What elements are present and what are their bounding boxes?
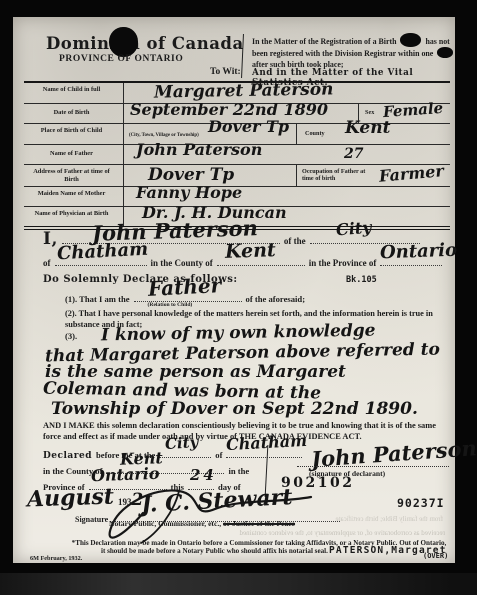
birth-fields-table: Name of Child in full Margaret Paterson … — [24, 81, 450, 230]
signature-label: Signature — [75, 515, 108, 524]
document-page: Dominion of Canada PROVINCE OF ONTARIO T… — [13, 17, 455, 563]
field-label: Name of Father — [24, 145, 124, 164]
province-subtitle: PROVINCE OF ONTARIO — [59, 54, 183, 64]
dominion-title: Dominion of Canada — [46, 34, 244, 53]
father-age-value: 27 — [344, 147, 363, 161]
county-handwriting: Kent — [224, 241, 275, 262]
county-box: County Kent — [296, 124, 450, 144]
item1-post: of the aforesaid; — [246, 294, 306, 304]
place-type-handwriting: City — [335, 219, 372, 238]
statement-handwriting-line-5: Township of Dover on Sept 22nd 1890. — [51, 401, 418, 418]
ink-blot-over-canada — [109, 27, 138, 57]
ink-blot-over-word-2 — [437, 47, 453, 58]
book-number: Bk.105 — [346, 275, 377, 285]
relation-note: (Relation to Child) — [148, 302, 193, 308]
relation-handwriting: Father — [147, 275, 221, 299]
field-value-mother-name: Fanny Hope — [136, 185, 242, 201]
county-line: Kent — [217, 254, 305, 266]
occupation-label: Occupation of Father at time of birth — [302, 168, 374, 183]
file-number: 90237I — [397, 496, 445, 510]
matter-paragraph: In the Matter of the Registration of a B… — [252, 33, 466, 70]
footnote-line-2: it should be made before a Notary Public… — [101, 547, 328, 555]
print-code: 6M February, 1932. — [30, 555, 82, 562]
index-over-note: (OVER) — [423, 552, 448, 560]
field-label: Date of Birth — [24, 104, 124, 123]
province-handwriting: Ontario — [380, 242, 458, 263]
field-value-child-name: Margaret Paterson — [154, 81, 334, 101]
bleed-through-text-1: from the family Bible; birth certificate — [253, 515, 443, 523]
field-label: Address of Father at time of Birth — [24, 165, 124, 186]
sex-value: Female — [383, 101, 444, 120]
notary-caption-main: Notary Public, Commissioner, etc., — [109, 519, 221, 528]
occupation-box: Occupation of Father at time of birth Fa… — [296, 165, 450, 186]
occupation-value: Farmer — [378, 163, 444, 185]
to-wit-label: To Wit: — [210, 67, 241, 77]
county-label: County — [305, 130, 325, 137]
declarant-signature-line — [297, 466, 449, 467]
sex-label: Sex — [365, 109, 374, 116]
ink-blot-over-word-1 — [400, 33, 421, 47]
field-value-father-name: John Paterson — [136, 142, 262, 158]
bleed-through-text-2: received as corroborative of, or supplem… — [153, 529, 445, 537]
province-line: Ontario — [380, 254, 442, 266]
declared-place-line: City — [159, 446, 211, 458]
declaration-item-3-number: (3). — [65, 331, 77, 341]
relation-line: Father (Relation to Child) — [134, 290, 242, 302]
matter-text-3: registered with the Division Registrar w… — [270, 49, 434, 58]
item1-pre: (1). That I am the — [65, 294, 130, 304]
place-hint: (City, Town, Village or Township) — [129, 133, 199, 138]
city-handwriting: Chatham — [56, 241, 148, 264]
declarant-line-2: of Chatham in the County of Kent in the … — [43, 253, 453, 271]
county-value: Kent — [345, 120, 390, 137]
of-label: of — [43, 258, 51, 268]
field-label: Name of Child in full — [24, 83, 124, 103]
matter-text-1: In the Matter of the Registration of a B… — [252, 37, 397, 46]
field-value-date-of-birth: September 22nd 1890 — [130, 102, 328, 118]
field-value-father-address: Dover Tp — [148, 167, 234, 184]
declared-place-handwriting: City — [165, 435, 199, 452]
field-row-father-name: Name of Father John Paterson 27 — [24, 145, 450, 165]
city-line: Chatham — [55, 254, 147, 266]
county-pre-label: in the County of — [151, 258, 213, 268]
field-label: Place of Birth of Child — [24, 124, 124, 144]
scanned-document-photo: { "header": { "dominion_title": "Dominio… — [0, 0, 477, 595]
declaration-item-1: (1). That I am the Father (Relation to C… — [65, 289, 305, 307]
photo-frame-bottom-band — [0, 573, 477, 595]
of-the-label: of the — [284, 236, 306, 246]
declared-word: Declared — [43, 451, 92, 461]
declared-city-line: Chatham — [226, 446, 302, 458]
declared-of: of — [215, 450, 222, 460]
field-value-place: Dover Tp — [208, 119, 289, 135]
field-label: Maiden Name of Mother — [24, 187, 124, 206]
province-pre-label: in the Province of — [309, 258, 377, 268]
